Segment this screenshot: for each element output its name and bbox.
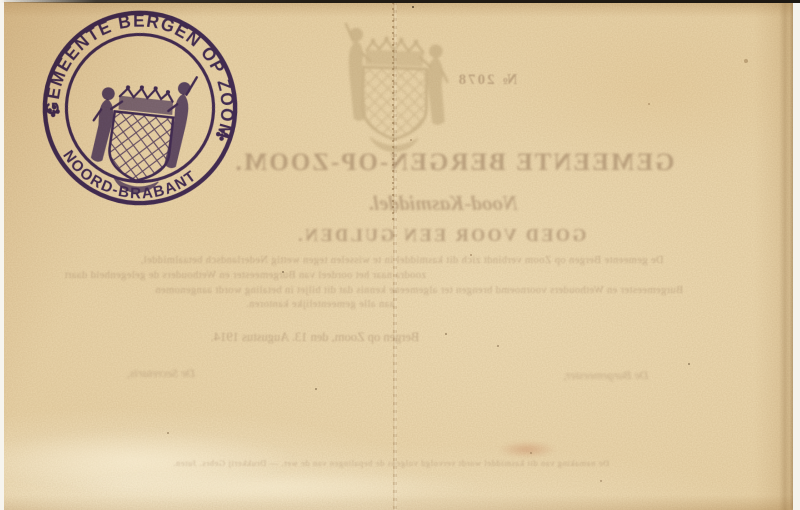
right-edge-crease xyxy=(779,3,789,510)
center-fold-crease xyxy=(393,2,397,510)
stamp-arc-top-text: GEMEENTE BERGEN OP ZOOM xyxy=(40,0,250,142)
scanner-margin-right xyxy=(793,0,800,510)
worn-light-patch xyxy=(60,470,490,504)
scanner-margin-left xyxy=(0,0,4,510)
municipal-stamp: GEMEENTE BERGEN OP ZOOM NOORD-BRABANT xyxy=(24,0,257,224)
paper-speckles xyxy=(412,6,414,8)
red-ink-stain xyxy=(498,441,556,458)
scanned-banknote-reverse: № 2078 GEMEENTE BERGEN-OP-ZOOM. Nood-Kas… xyxy=(0,0,800,510)
